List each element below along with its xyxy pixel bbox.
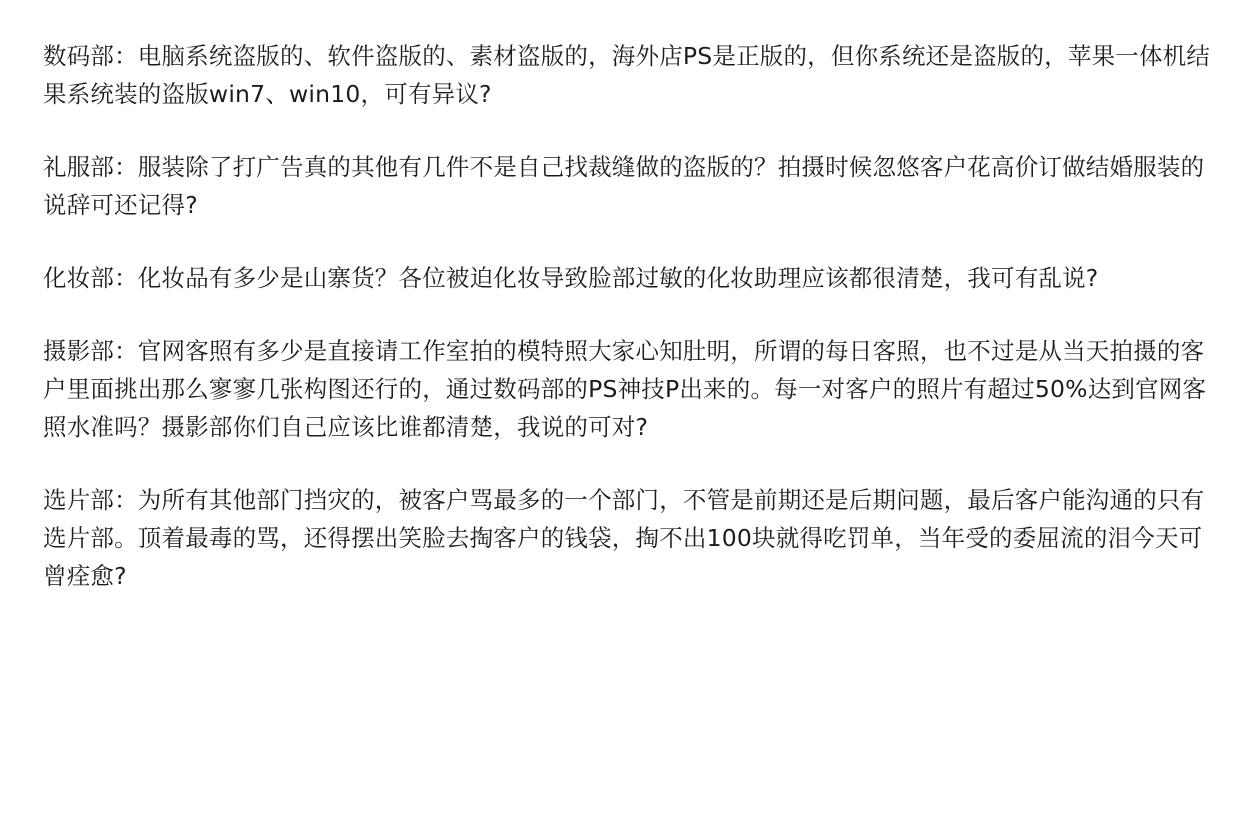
paragraph-selection-dept: 选片部：为所有其他部门挡灾的，被客户骂最多的一个部门，不管是前期还是后期问题，最… [43,481,1223,595]
paragraph-makeup-dept: 化妆部：化妆品有多少是山寨货？各位被迫化妆导致脸部过敏的化妆助理应该都很清楚，我… [43,259,1223,297]
paragraph-photography-dept: 摄影部：官网客照有多少是直接请工作室拍的模特照大家心知肚明，所谓的每日客照，也不… [43,332,1223,446]
document-body: 数码部：电脑系统盗版的、软件盗版的、素材盗版的，海外店PS是正版的，但你系统还是… [43,37,1223,630]
paragraph-gown-dept: 礼服部：服装除了打广告真的其他有几件不是自己找裁缝做的盗版的？拍摄时候忽悠客户花… [43,148,1223,224]
paragraph-digital-dept: 数码部：电脑系统盗版的、软件盗版的、素材盗版的，海外店PS是正版的，但你系统还是… [43,37,1223,113]
